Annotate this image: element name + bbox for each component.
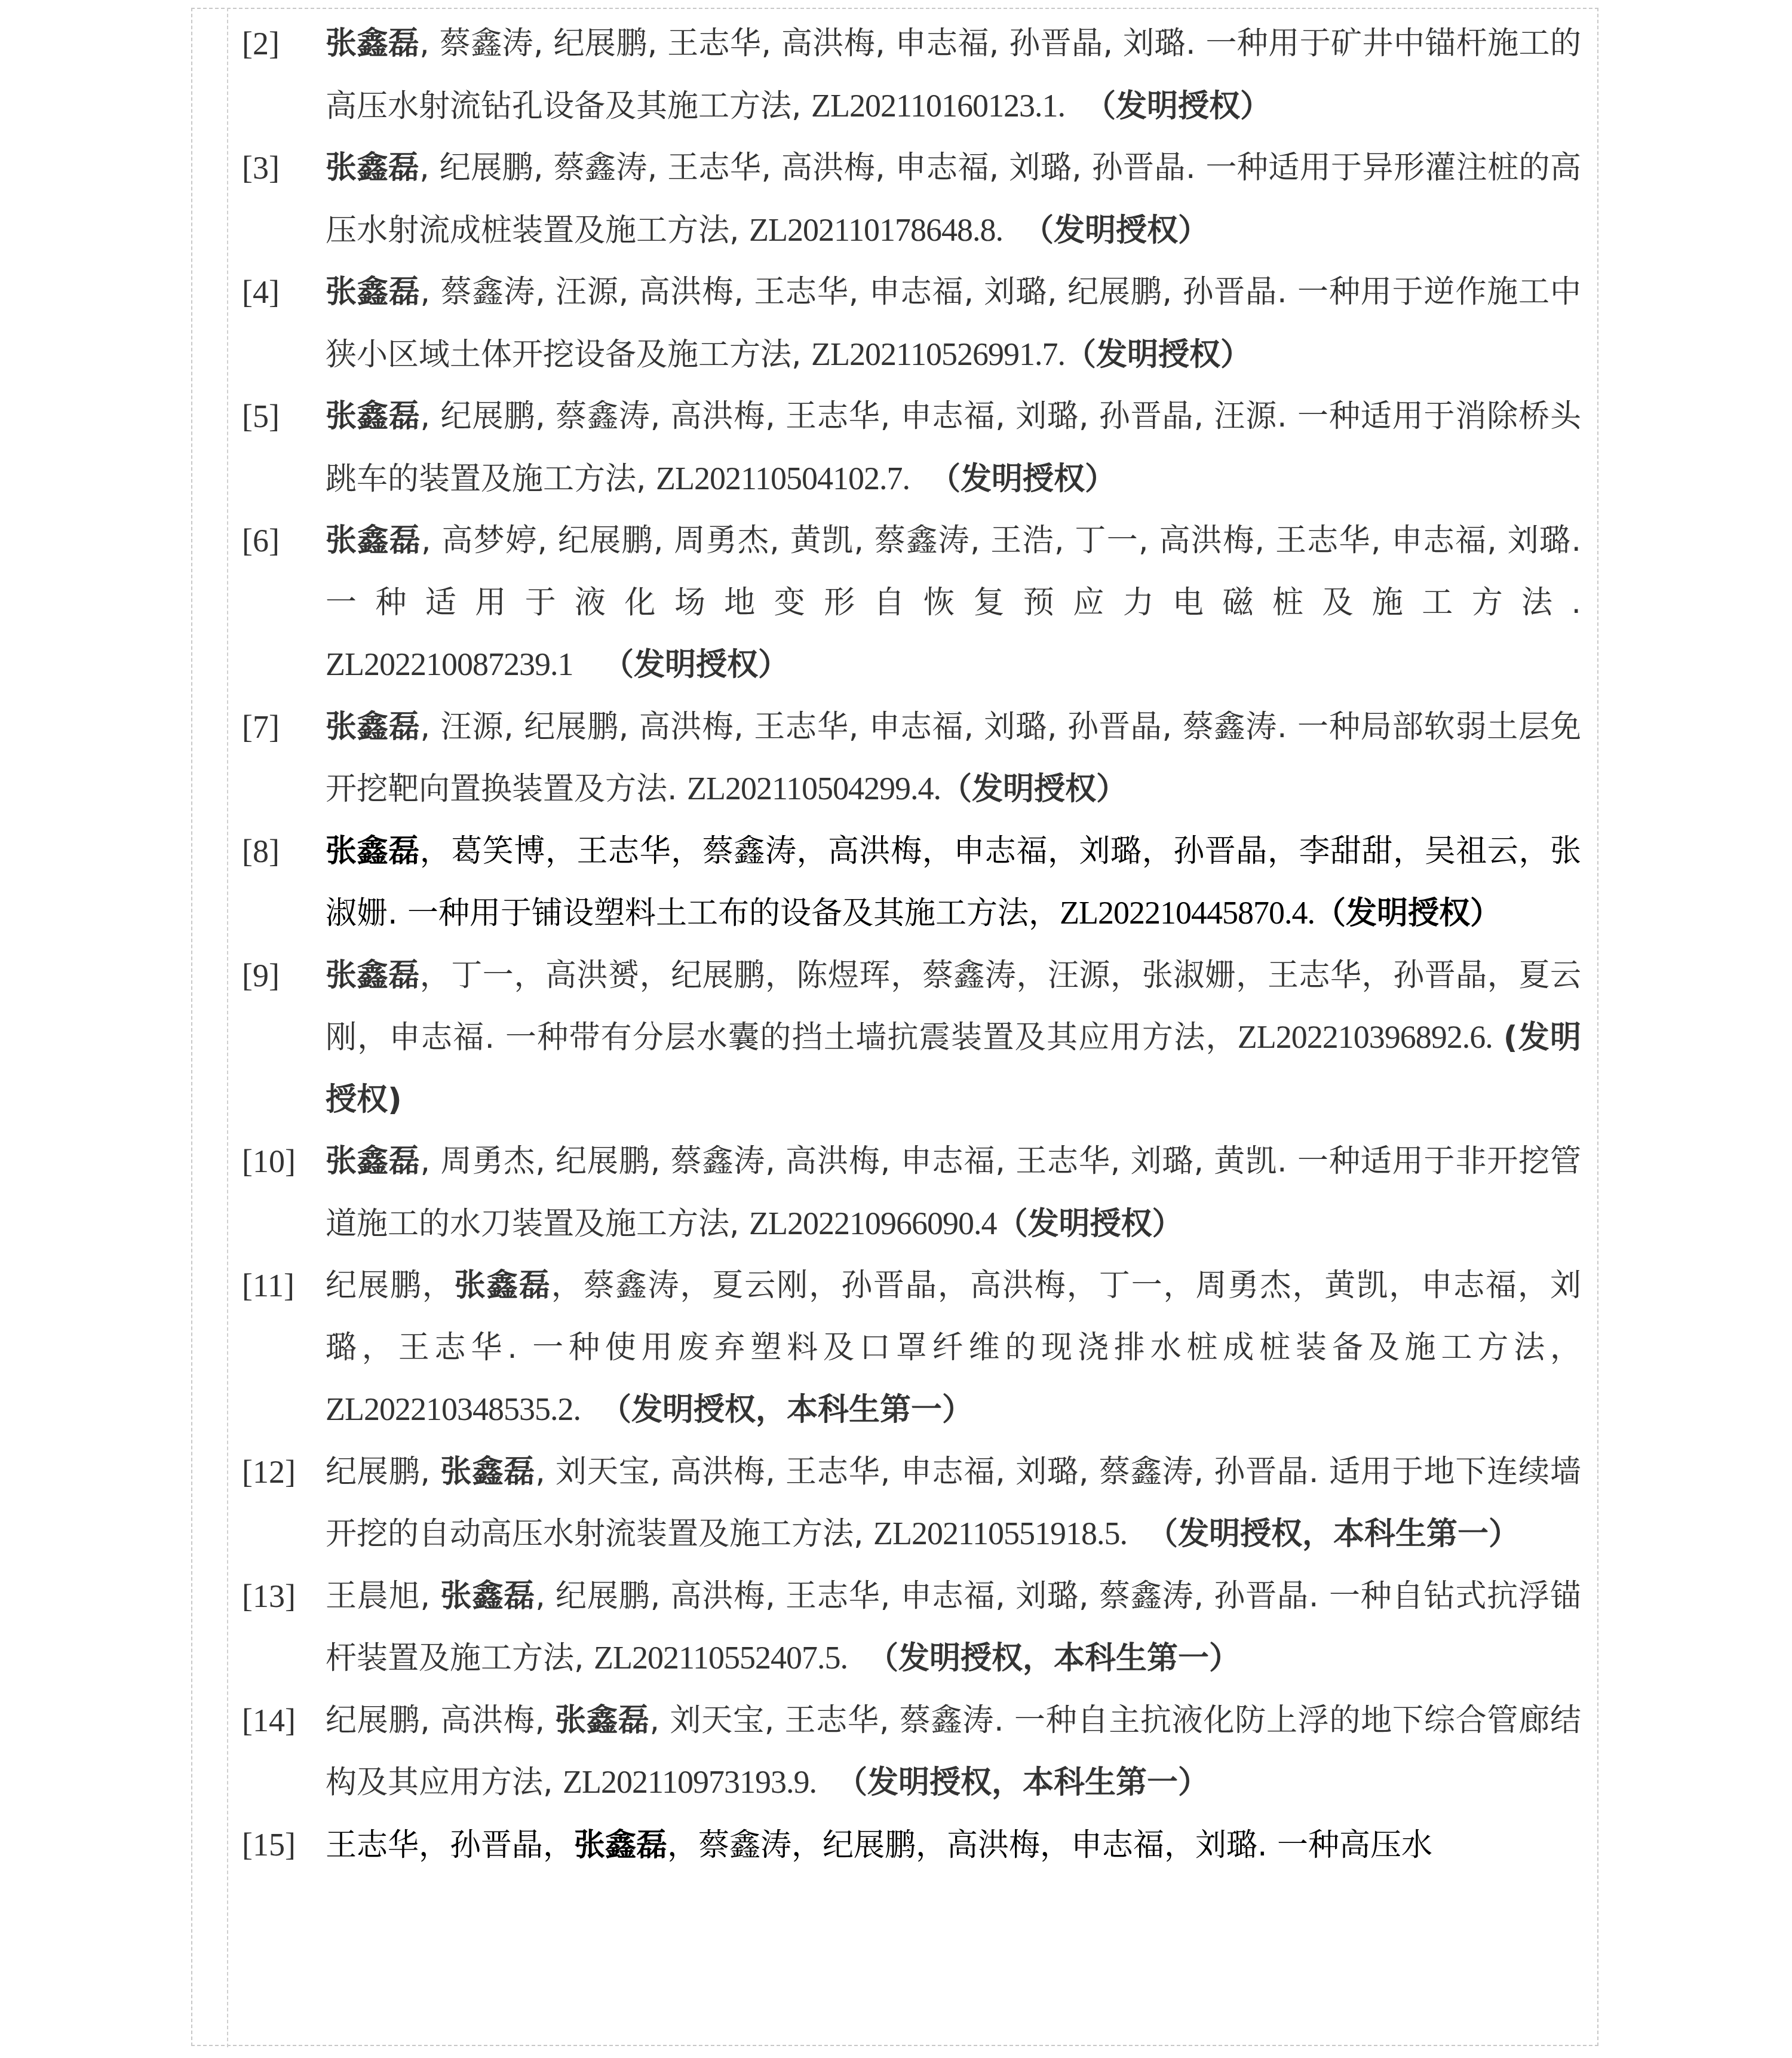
highlighted-author: 张鑫磊 — [326, 274, 421, 310]
reference-text: 张鑫磊, 周勇杰, 纪展鹏, 蔡鑫涛, 高洪梅, 申志福, 王志华, 刘璐, 黄… — [326, 1131, 1581, 1255]
highlighted-author: 张鑫磊 — [555, 1703, 649, 1738]
reference-item: [9] 张鑫磊，丁一，高洪赟，纪展鹏，陈煜珲，蔡鑫涛，汪源，张淑姗，王志华，孙晋… — [242, 945, 1581, 1131]
reference-text: 张鑫磊, 蔡鑫涛, 汪源, 高洪梅, 王志华, 申志福, 刘璐, 纪展鹏, 孙晋… — [326, 262, 1581, 386]
reference-item: [5] 张鑫磊, 纪展鹏, 蔡鑫涛, 高洪梅, 王志华, 申志福, 刘璐, 孙晋… — [242, 386, 1581, 510]
reference-index: [2] — [242, 13, 280, 75]
reference-index: [10] — [242, 1131, 296, 1193]
patent-number: ZL202110160123.1. — [811, 88, 1065, 124]
grant-status: （发明授权，本科生第一） — [867, 1640, 1240, 1676]
patent-number: ZL202210348535.2. — [326, 1391, 581, 1427]
grant-status: （发明授权） — [1065, 337, 1251, 373]
authors-before: 纪展鹏, — [326, 1454, 441, 1490]
highlighted-author: 张鑫磊 — [441, 1454, 536, 1490]
patent-number: ZL202110526991.7. — [811, 336, 1065, 372]
patent-number: ZL202210445870.4. — [1060, 895, 1315, 931]
reference-index: [3] — [242, 137, 280, 200]
patent-number: ZL202110504102.7. — [656, 461, 910, 496]
authors-before: 纪展鹏, 高洪梅, — [326, 1703, 555, 1738]
highlighted-author: 张鑫磊 — [326, 398, 421, 434]
grant-status: （发明授权） — [997, 1206, 1183, 1242]
patent-number: ZL202110552407.5. — [594, 1640, 848, 1676]
reference-index: [7] — [242, 697, 280, 759]
patent-number: ZL202110973193.9. — [563, 1764, 817, 1800]
reference-item: [13] 王晨旭, 张鑫磊, 纪展鹏, 高洪梅, 王志华, 申志福, 刘璐, 蔡… — [242, 1566, 1581, 1690]
patent-reference-list: [2] 张鑫磊, 蔡鑫涛, 纪展鹏, 王志华, 高洪梅, 申志福, 孙晋晶, 刘… — [242, 13, 1581, 1876]
grant-status: （发明授权） — [603, 647, 789, 683]
authors-after: , 周勇杰, 纪展鹏, 蔡鑫涛, 高洪梅, 申志福, 王志华, 刘璐, 黄凯. — [421, 1143, 1297, 1179]
grant-status: （发明授权） — [941, 771, 1127, 807]
patent-title: 一种适用于液化场地变形自恢复预应力电磁桩及施工方法. — [326, 585, 1581, 621]
reference-index: [11] — [242, 1255, 294, 1317]
reference-text: 张鑫磊，葛笑博，王志华，蔡鑫涛，高洪梅，申志福，刘璐，孙晋晶，李甜甜，吴祖云，张… — [326, 821, 1581, 945]
highlighted-author: 张鑫磊 — [326, 1143, 421, 1179]
reference-item: [15] 王志华，孙晋晶，张鑫磊，蔡鑫涛，纪展鹏，高洪梅，申志福，刘璐. 一种高… — [242, 1814, 1581, 1877]
reference-item: [14] 纪展鹏, 高洪梅, 张鑫磊, 刘天宝, 王志华, 蔡鑫涛. 一种自主抗… — [242, 1690, 1581, 1814]
highlighted-author: 张鑫磊 — [326, 150, 419, 186]
authors-after: , 纪展鹏, 蔡鑫涛, 高洪梅, 王志华, 申志福, 刘璐, 孙晋晶, 汪源. — [421, 398, 1297, 434]
margin-rule — [227, 8, 228, 2047]
reference-index: [4] — [242, 262, 280, 324]
patent-number: ZL202110504299.4. — [687, 771, 941, 806]
reference-index: [9] — [242, 945, 280, 1007]
reference-item: [11] 纪展鹏，张鑫磊，蔡鑫涛，夏云刚，孙晋晶，高洪梅，丁一，周勇杰，黄凯，申… — [242, 1255, 1581, 1441]
reference-item: [2] 张鑫磊, 蔡鑫涛, 纪展鹏, 王志华, 高洪梅, 申志福, 孙晋晶, 刘… — [242, 13, 1581, 137]
reference-text: 张鑫磊, 纪展鹏, 蔡鑫涛, 高洪梅, 王志华, 申志福, 刘璐, 孙晋晶, 汪… — [326, 386, 1581, 510]
grant-status: （发明授权） — [1023, 213, 1209, 249]
highlighted-author: 张鑫磊 — [326, 958, 420, 993]
reference-index: [15] — [242, 1814, 296, 1876]
reference-item: [6] 张鑫磊, 高梦婷, 纪展鹏, 周勇杰, 黄凯, 蔡鑫涛, 王浩, 丁一,… — [242, 510, 1581, 697]
patent-number: ZL202110178648.8. — [749, 212, 1003, 248]
highlighted-author: 张鑫磊 — [455, 1268, 551, 1303]
reference-text: 王晨旭, 张鑫磊, 纪展鹏, 高洪梅, 王志华, 申志福, 刘璐, 蔡鑫涛, 孙… — [326, 1566, 1581, 1690]
patent-number: ZL202210966090.4 — [749, 1206, 996, 1241]
reference-text: 张鑫磊, 汪源, 纪展鹏, 高洪梅, 王志华, 申志福, 刘璐, 孙晋晶, 蔡鑫… — [326, 697, 1581, 821]
authors-before: 王志华，孙晋晶， — [326, 1827, 574, 1863]
authors-after: , 纪展鹏, 蔡鑫涛, 王志华, 高洪梅, 申志福, 刘璐, 孙晋晶. — [419, 150, 1205, 186]
reference-text: 纪展鹏，张鑫磊，蔡鑫涛，夏云刚，孙晋晶，高洪梅，丁一，周勇杰，黄凯，申志福，刘璐… — [326, 1255, 1581, 1441]
grant-status: （发明授权，本科生第一） — [1147, 1516, 1520, 1552]
reference-index: [14] — [242, 1690, 296, 1752]
grant-status: （发明授权） — [1315, 895, 1501, 931]
patent-title: 一种带有分层水囊的挡土墙抗震装置及其应用方法， — [505, 1020, 1238, 1056]
reference-item: [8] 张鑫磊，葛笑博，王志华，蔡鑫涛，高洪梅，申志福，刘璐，孙晋晶，李甜甜，吴… — [242, 821, 1581, 945]
highlighted-author: 张鑫磊 — [326, 26, 419, 62]
authors-after: ，蔡鑫涛，纪展鹏，高洪梅，申志福，刘璐. — [667, 1827, 1277, 1863]
grant-status: （发明授权） — [929, 461, 1116, 497]
highlighted-author: 张鑫磊 — [441, 1578, 536, 1614]
grant-status: （发明授权，本科生第一） — [836, 1765, 1209, 1801]
authors-before: 王晨旭, — [326, 1578, 441, 1614]
reference-index: [13] — [242, 1566, 296, 1628]
patent-title: 一种用于铺设塑料土工布的设备及其施工方法， — [407, 895, 1060, 931]
reference-text: 张鑫磊, 纪展鹏, 蔡鑫涛, 王志华, 高洪梅, 申志福, 刘璐, 孙晋晶. 一… — [326, 137, 1581, 262]
reference-text: 张鑫磊，丁一，高洪赟，纪展鹏，陈煜珲，蔡鑫涛，汪源，张淑姗，王志华，孙晋晶，夏云… — [326, 945, 1581, 1131]
highlighted-author: 张鑫磊 — [326, 709, 421, 745]
highlighted-author: 张鑫磊 — [326, 833, 420, 869]
patent-number: ZL202110551918.5. — [873, 1516, 1127, 1551]
authors-after: , 刘天宝, 高洪梅, 王志华, 申志福, 刘璐, 蔡鑫涛, 孙晋晶. — [535, 1454, 1329, 1490]
patent-number: ZL202210396892.6. — [1238, 1019, 1493, 1055]
reference-item: [12] 纪展鹏, 张鑫磊, 刘天宝, 高洪梅, 王志华, 申志福, 刘璐, 蔡… — [242, 1441, 1581, 1566]
reference-item: [3] 张鑫磊, 纪展鹏, 蔡鑫涛, 王志华, 高洪梅, 申志福, 刘璐, 孙晋… — [242, 137, 1581, 262]
grant-status: （发明授权，本科生第一） — [600, 1392, 973, 1428]
patent-title: 一种高压水 — [1277, 1827, 1432, 1863]
reference-index: [5] — [242, 386, 280, 448]
reference-text: 纪展鹏, 张鑫磊, 刘天宝, 高洪梅, 王志华, 申志福, 刘璐, 蔡鑫涛, 孙… — [326, 1441, 1581, 1566]
reference-item: [10] 张鑫磊, 周勇杰, 纪展鹏, 蔡鑫涛, 高洪梅, 申志福, 王志华, … — [242, 1131, 1581, 1255]
reference-text: 张鑫磊, 高梦婷, 纪展鹏, 周勇杰, 黄凯, 蔡鑫涛, 王浩, 丁一, 高洪梅… — [326, 510, 1581, 697]
reference-text: 张鑫磊, 蔡鑫涛, 纪展鹏, 王志华, 高洪梅, 申志福, 孙晋晶, 刘璐. 一… — [326, 13, 1581, 137]
authors-after: , 汪源, 纪展鹏, 高洪梅, 王志华, 申志福, 刘璐, 孙晋晶, 蔡鑫涛. — [421, 709, 1297, 745]
reference-text: 纪展鹏, 高洪梅, 张鑫磊, 刘天宝, 王志华, 蔡鑫涛. 一种自主抗液化防上浮… — [326, 1690, 1581, 1814]
authors-before: 纪展鹏， — [326, 1268, 455, 1303]
patent-title: 一种使用废弃塑料及口罩纤维的现浇排水桩成桩装备及施工方法， — [532, 1330, 1581, 1366]
reference-item: [4] 张鑫磊, 蔡鑫涛, 汪源, 高洪梅, 王志华, 申志福, 刘璐, 纪展鹏… — [242, 262, 1581, 386]
patent-number: ZL202210087239.1 — [326, 646, 573, 682]
reference-item: [7] 张鑫磊, 汪源, 纪展鹏, 高洪梅, 王志华, 申志福, 刘璐, 孙晋晶… — [242, 697, 1581, 821]
reference-text: 王志华，孙晋晶，张鑫磊，蔡鑫涛，纪展鹏，高洪梅，申志福，刘璐. 一种高压水 — [326, 1814, 1581, 1877]
grant-status: （发明授权） — [1085, 88, 1271, 124]
authors-after: , 刘天宝, 王志华, 蔡鑫涛. — [650, 1703, 1014, 1738]
authors-after: , 蔡鑫涛, 纪展鹏, 王志华, 高洪梅, 申志福, 孙晋晶, 刘璐. — [419, 26, 1205, 62]
reference-index: [6] — [242, 510, 280, 572]
highlighted-author: 张鑫磊 — [574, 1827, 667, 1863]
reference-index: [12] — [242, 1441, 296, 1504]
authors-after: , 蔡鑫涛, 汪源, 高洪梅, 王志华, 申志福, 刘璐, 纪展鹏, 孙晋晶. — [421, 274, 1297, 310]
reference-index: [8] — [242, 821, 280, 883]
authors-after: , 纪展鹏, 高洪梅, 王志华, 申志福, 刘璐, 蔡鑫涛, 孙晋晶. — [535, 1578, 1329, 1614]
authors-after: , 高梦婷, 纪展鹏, 周勇杰, 黄凯, 蔡鑫涛, 王浩, 丁一, 高洪梅, 王… — [421, 523, 1581, 559]
highlighted-author: 张鑫磊 — [326, 523, 421, 559]
